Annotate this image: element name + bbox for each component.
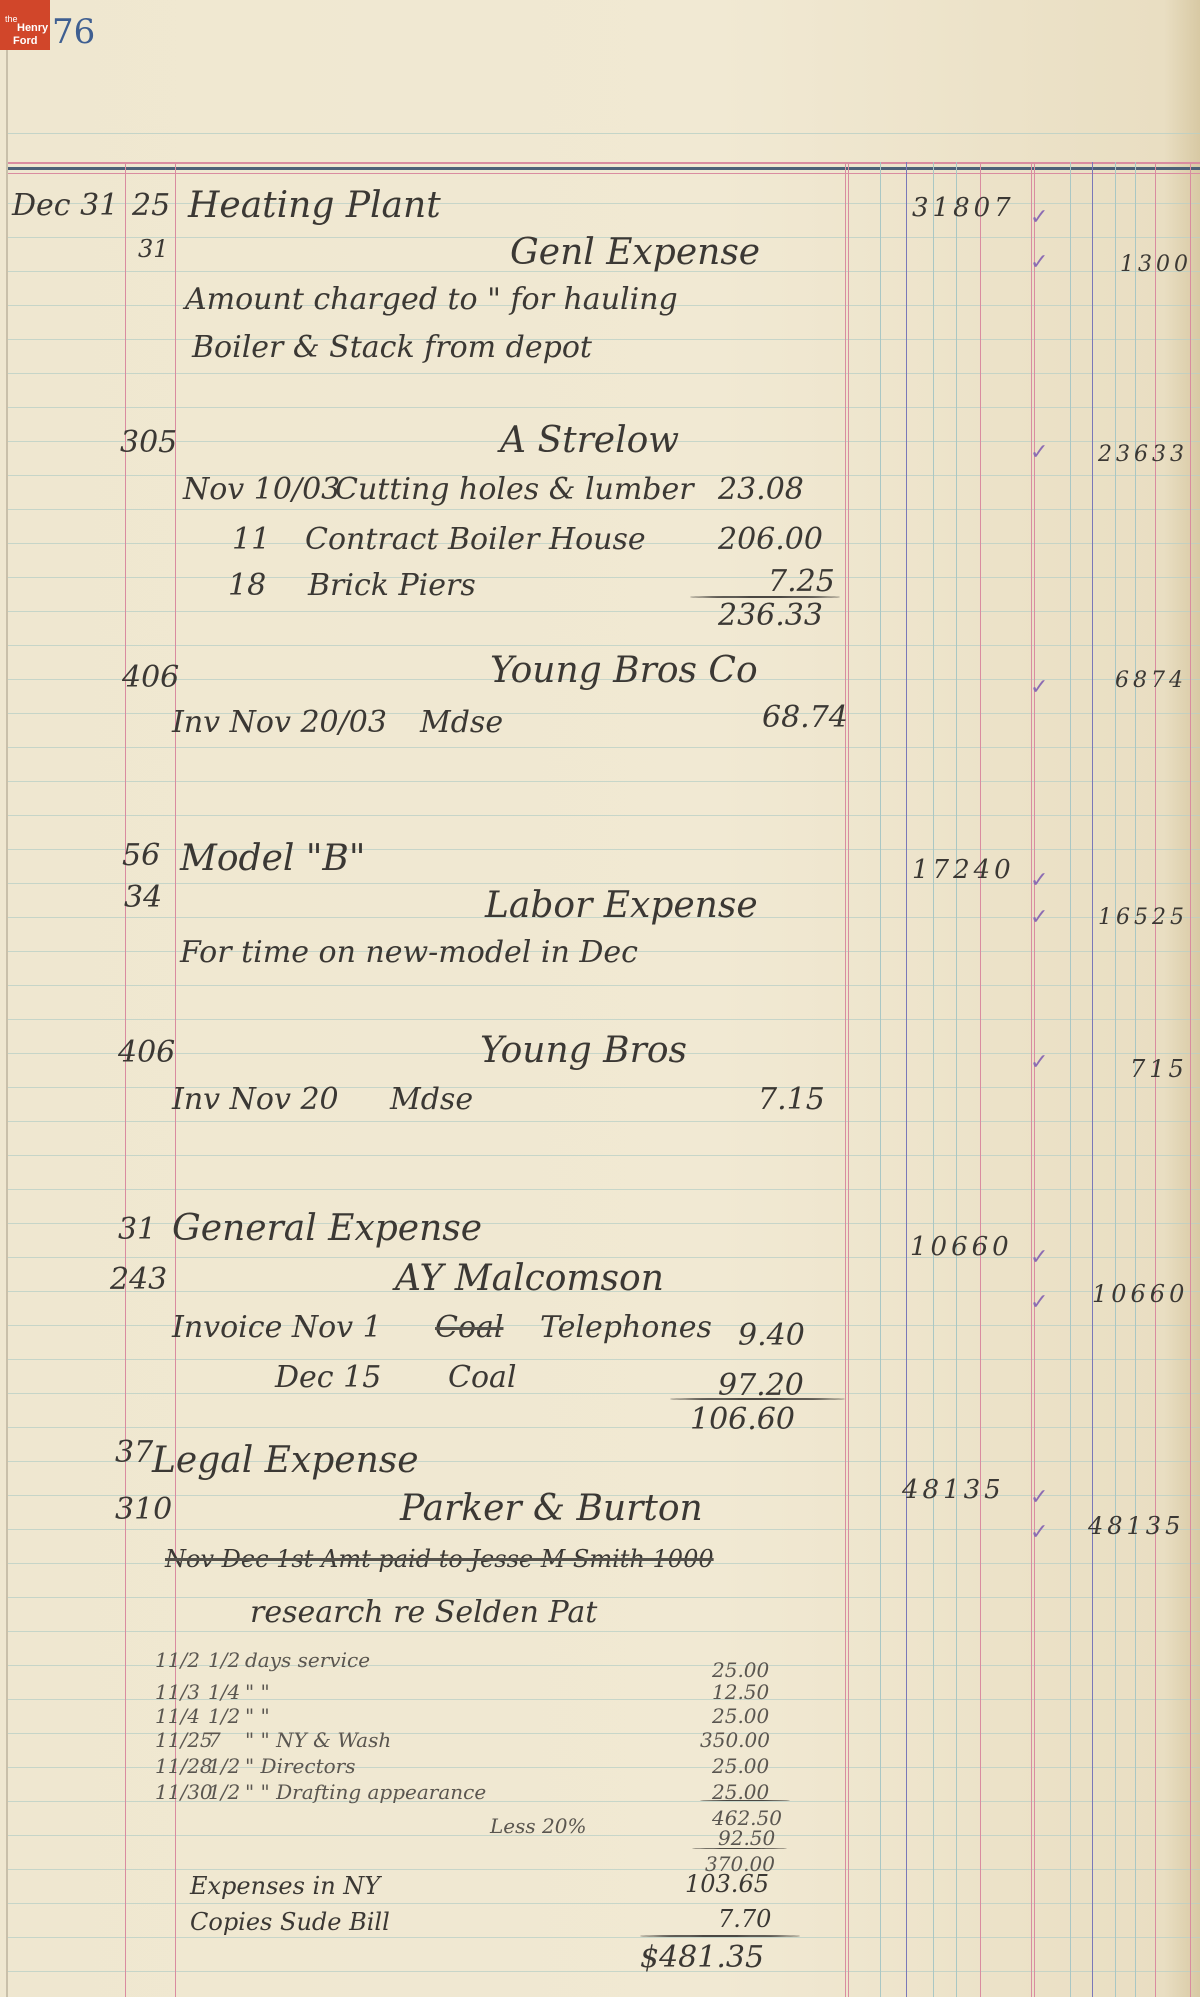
- line-description: days service: [245, 1648, 370, 1672]
- section-heading: research re Selden Pat: [250, 1595, 597, 1630]
- grid-rule: [933, 162, 934, 1997]
- check-mark-icon: ✓: [1030, 250, 1048, 275]
- folio-debit: 37: [115, 1435, 153, 1470]
- subtotal: 236.33: [718, 598, 823, 633]
- grid-rule: [1070, 162, 1071, 1997]
- debit-account: Legal Expense: [152, 1440, 419, 1481]
- sum-underline: [692, 1848, 787, 1849]
- henry-ford-logo: the Henry Ford: [0, 0, 50, 50]
- check-mark-icon: ✓: [1030, 205, 1048, 230]
- check-mark-icon: ✓: [1030, 1245, 1048, 1270]
- folio-credit: 243: [110, 1262, 167, 1297]
- line-description: Coal: [448, 1360, 517, 1395]
- debit-amount: 48135: [902, 1475, 1005, 1505]
- line-amount: 7.15: [758, 1082, 825, 1117]
- line-date: Nov 10/03: [183, 472, 340, 507]
- column-rule-credit: [1092, 162, 1093, 1997]
- credit-account: AY Malcomson: [395, 1258, 664, 1299]
- line-date: Invoice Nov 1: [172, 1310, 382, 1345]
- credit-amount: 1300: [1120, 252, 1192, 277]
- line-date: 11/30: [155, 1780, 213, 1804]
- column-rule-check: [1034, 162, 1035, 1997]
- struck-text: Coal: [435, 1310, 504, 1345]
- line-description: Mdse: [390, 1082, 473, 1117]
- line-qty: 1/2: [208, 1704, 240, 1728]
- line-amount: 206.00: [718, 522, 823, 557]
- line-qty: 1/2: [208, 1648, 240, 1672]
- extra-amount: 103.65: [685, 1870, 769, 1898]
- credit-amount: 48135: [1088, 1512, 1184, 1540]
- check-mark-icon: ✓: [1030, 905, 1048, 930]
- line-date: 11: [232, 522, 270, 557]
- extra-description: Expenses in NY: [190, 1872, 380, 1900]
- column-rule-debit: [906, 162, 907, 1997]
- check-mark-icon: ✓: [1030, 1050, 1048, 1075]
- line-amount: 23.08: [718, 472, 804, 507]
- less-amount: 92.50: [718, 1826, 775, 1850]
- credit-amount: 6874: [1115, 668, 1187, 693]
- debit-amount: 10660: [910, 1232, 1013, 1262]
- credit-account: Labor Expense: [485, 885, 758, 926]
- line-date: 11/2: [155, 1648, 200, 1672]
- folio: 305: [120, 425, 177, 460]
- debit-account: Heating Plant: [188, 185, 441, 226]
- folio-debit: 25: [132, 188, 170, 223]
- entry-date: 31: [118, 1212, 156, 1247]
- subtotal: 106.60: [690, 1402, 795, 1437]
- line-date: Dec 15: [275, 1360, 381, 1395]
- line-amount: 350.00: [700, 1728, 770, 1752]
- check-mark-icon: ✓: [1030, 1520, 1048, 1545]
- line-amount: 7.25: [768, 564, 835, 599]
- line-date: 11/25: [155, 1728, 213, 1752]
- line-amount: 68.74: [762, 700, 848, 735]
- check-mark-icon: ✓: [1030, 675, 1048, 700]
- sum-underline: [670, 1398, 845, 1400]
- folio-credit: 31: [138, 235, 169, 263]
- less-label: Less 20%: [490, 1814, 586, 1838]
- line-qty: 7: [208, 1728, 221, 1752]
- logo-text: the: [5, 15, 18, 24]
- check-mark-icon: ✓: [1030, 440, 1048, 465]
- grid-rule: [1115, 162, 1116, 1997]
- line-qty: 1/4: [208, 1680, 240, 1704]
- line-date: 11/3: [155, 1680, 200, 1704]
- line-qty: 1/2: [208, 1754, 240, 1778]
- credit-amount: 10660: [1092, 1280, 1188, 1308]
- credit-account: Genl Expense: [510, 232, 760, 273]
- debit-amount: 31807: [912, 193, 1015, 223]
- entry-total: $481.35: [640, 1940, 764, 1975]
- extra-amount: 7.70: [718, 1905, 771, 1933]
- credit-account: Young Bros Co: [490, 650, 758, 691]
- credit-amount: 715: [1130, 1055, 1188, 1083]
- ledger-page: the Henry Ford 76 Dec 31 25 31 Heating P…: [0, 0, 1200, 1997]
- top-rule: [8, 133, 1200, 134]
- line-date: 11/4: [155, 1704, 200, 1728]
- folio-credit: 34: [124, 880, 162, 915]
- line-amount: 25.00: [712, 1704, 769, 1728]
- entry-description: For time on new-model in Dec: [180, 935, 638, 970]
- line-qty: 1/2: [208, 1780, 240, 1804]
- line-amount: 25.00: [712, 1658, 769, 1682]
- line-description: Brick Piers: [308, 568, 476, 603]
- debit-account: General Expense: [172, 1208, 482, 1249]
- column-rule-check: [1031, 162, 1032, 1997]
- line-amount: 9.40: [738, 1318, 805, 1353]
- credit-account: Parker & Burton: [400, 1488, 703, 1529]
- struck-line: Nov Dec 1st Amt paid to Jesse M Smith 10…: [165, 1545, 714, 1573]
- line-date: 11/28: [155, 1754, 213, 1778]
- line-description: " Directors: [245, 1754, 356, 1778]
- sum-underline: [640, 1935, 800, 1937]
- credit-account: Young Bros: [480, 1030, 687, 1071]
- debit-account: Model "B": [180, 838, 365, 879]
- line-description: " " NY & Wash: [245, 1728, 391, 1752]
- line-amount: 25.00: [712, 1754, 769, 1778]
- line-description: " " Drafting appearance: [245, 1780, 486, 1804]
- credit-amount: 16525: [1098, 905, 1188, 930]
- sum-underline: [700, 1800, 790, 1801]
- folio-credit: 310: [115, 1492, 172, 1527]
- column-rule-description: [848, 162, 849, 1997]
- credit-account: A Strelow: [500, 420, 679, 461]
- header-rule: [8, 167, 1200, 170]
- check-mark-icon: ✓: [1030, 868, 1048, 893]
- line-date: 18: [228, 568, 266, 603]
- extra-description: Copies Sude Bill: [190, 1908, 390, 1936]
- entry-description: Amount charged to " for hauling: [185, 282, 678, 317]
- folio: 406: [122, 660, 179, 695]
- line-description: Cutting holes & lumber: [335, 472, 694, 507]
- folio: 406: [118, 1035, 175, 1070]
- line-description: Telephones: [540, 1310, 712, 1345]
- column-rule-edge: [1190, 162, 1191, 1997]
- column-rule-debit-cents: [980, 162, 981, 1997]
- page-number: 76: [52, 12, 95, 52]
- line-date: Inv Nov 20: [172, 1082, 339, 1117]
- check-mark-icon: ✓: [1030, 1290, 1048, 1315]
- grid-rule: [880, 162, 881, 1997]
- debit-amount: 17240: [912, 855, 1015, 885]
- line-date: Inv Nov 20/03: [172, 705, 387, 740]
- credit-amount: 23633: [1098, 442, 1188, 467]
- line-description: " ": [245, 1680, 270, 1704]
- check-mark-icon: ✓: [1030, 1485, 1048, 1510]
- folio-debit: 56: [122, 838, 160, 873]
- line-description: Mdse: [420, 705, 503, 740]
- line-description: Contract Boiler House: [305, 522, 646, 557]
- header-rule: [8, 162, 1200, 164]
- line-description: " ": [245, 1704, 270, 1728]
- line-amount: 12.50: [712, 1680, 769, 1704]
- grid-rule: [956, 162, 957, 1997]
- entry-date: Dec 31: [12, 188, 118, 223]
- logo-text: Henry: [17, 23, 48, 34]
- logo-text: Ford: [13, 36, 37, 47]
- header-rule: [8, 173, 1200, 174]
- entry-description: Boiler & Stack from depot: [192, 330, 592, 365]
- column-rule-description: [845, 162, 846, 1997]
